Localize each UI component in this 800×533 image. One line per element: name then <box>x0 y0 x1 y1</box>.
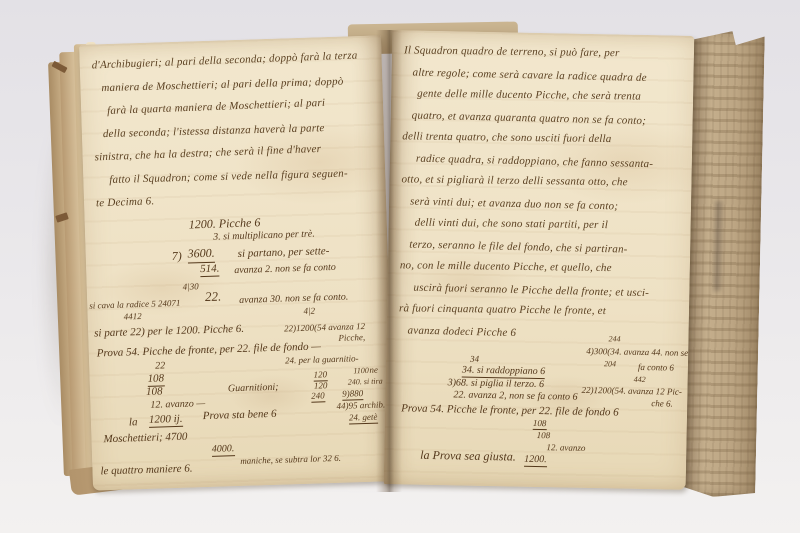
calc-fragment: Prova 54. Picche le fronte, per 22. file… <box>401 402 619 418</box>
calc-fragment: 4412 <box>123 311 141 322</box>
calc-fragment: 108 <box>146 385 163 398</box>
manuscript-line: no, con le mille ducento Picche, et quel… <box>400 255 684 280</box>
calc-fragment: 442 <box>634 375 646 384</box>
calc-fragment: 1200. <box>524 454 547 467</box>
manuscript-line: otto, et si pigliarà il terzo delli sess… <box>401 169 685 194</box>
calc-fragment: 1200 ij. <box>149 413 183 428</box>
calc-fragment: la <box>129 416 138 428</box>
left-page: d'Archibugieri; al pari della seconda; d… <box>79 35 395 490</box>
calc-fragment: 3. si multiplicano per trè. <box>213 229 315 243</box>
calc-fragment: che 6. <box>651 398 673 408</box>
calc-fragment: 34 <box>470 354 479 364</box>
calc-fragment: 108 <box>533 418 547 430</box>
calc-fragment: Prova sta bene 6 <box>203 408 277 422</box>
manuscript-line: avanza dodeci Picche 6 <box>407 320 682 348</box>
calc-fragment: 12. avanzo <box>546 442 585 453</box>
calc-fragment: 22)1200(54. avanza 12 Pic- <box>581 385 682 397</box>
right-page: Il Squadron quadro de terreno, si può fa… <box>384 30 695 490</box>
calc-fragment: avanza 2. non se fa conto <box>234 262 336 276</box>
calc-fragment: 22. <box>205 289 222 306</box>
calc-fragment: 24. per la guarnitio- <box>285 353 359 365</box>
calc-fragment: 514. <box>200 263 220 278</box>
parchment-cover <box>683 30 765 497</box>
manuscript-book: d'Archibugieri; al pari della seconda; d… <box>52 18 762 510</box>
calc-fragment: si parte 22) per le 1200. Picche 6. <box>94 323 244 340</box>
photo-backdrop: d'Archibugieri; al pari della seconda; d… <box>0 0 800 533</box>
right-page-prose: Il Squadron quadro de terreno, si può fa… <box>398 40 688 346</box>
manuscript-line: Il Squadron quadro de terreno, si può fa… <box>404 40 688 65</box>
calc-fragment: avanza 30. non se fa conto. <box>239 292 348 306</box>
calc-fragment: 3600. <box>187 246 215 264</box>
book-gutter <box>376 30 402 492</box>
calc-fragment: 22. avanza 2, non se fa conto 6 <box>453 389 577 402</box>
calc-fragment: 4|2 <box>303 306 315 316</box>
manuscript-line: delli vinti dui, che sono stati partiti,… <box>415 213 685 238</box>
left-page-prose: d'Archibugieri; al pari della seconda; d… <box>91 46 380 216</box>
calc-fragment: Moschettieri; 4700 <box>103 431 187 446</box>
cover-stain <box>713 201 722 291</box>
calc-fragment: Guarnitioni; <box>228 382 279 395</box>
calc-fragment: 22 <box>155 360 165 371</box>
calc-fragment: Picche, <box>338 332 365 343</box>
calc-fragment: 4000. <box>212 443 235 457</box>
calc-fragment: 108 <box>537 430 551 440</box>
calc-fragment: 204 <box>604 359 616 368</box>
calc-fragment: 4|30 <box>183 281 199 291</box>
calc-fragment: 24. getè <box>349 412 378 425</box>
calc-fragment: 7) <box>172 249 182 264</box>
calc-fragment: fa conto 6 <box>638 362 674 373</box>
manuscript-line: delli trenta quatro, che sono usciti fuo… <box>402 126 686 151</box>
calc-fragment: 1100 <box>353 366 369 375</box>
calc-fragment: la Prova sea giusta. <box>420 448 516 465</box>
calc-fragment: si cava la radice 5 24071 <box>89 298 181 311</box>
calc-fragment: 4)300(34. avanza 44. non se <box>586 346 688 358</box>
calc-fragment: 3)68. si piglia il terzo. 6 <box>448 377 545 390</box>
manuscript-line: gente delle mille ducento Picche, che se… <box>417 84 687 109</box>
calc-fragment: 120 <box>314 380 328 390</box>
calc-fragment: le quattro maniere 6. <box>100 463 192 478</box>
calc-fragment: si partano, per sette- <box>238 245 330 260</box>
calc-fragment: 12. avanzo — <box>150 398 205 411</box>
calc-fragment: maniche, se subtra lor 32 6. <box>240 453 341 466</box>
calc-fragment: 240 <box>311 390 325 402</box>
manuscript-line: rà fuori cinquanta quatro Picche le fron… <box>399 298 683 323</box>
calc-fragment: 9)880 <box>342 388 363 401</box>
calc-fragment: 244 <box>608 334 620 343</box>
